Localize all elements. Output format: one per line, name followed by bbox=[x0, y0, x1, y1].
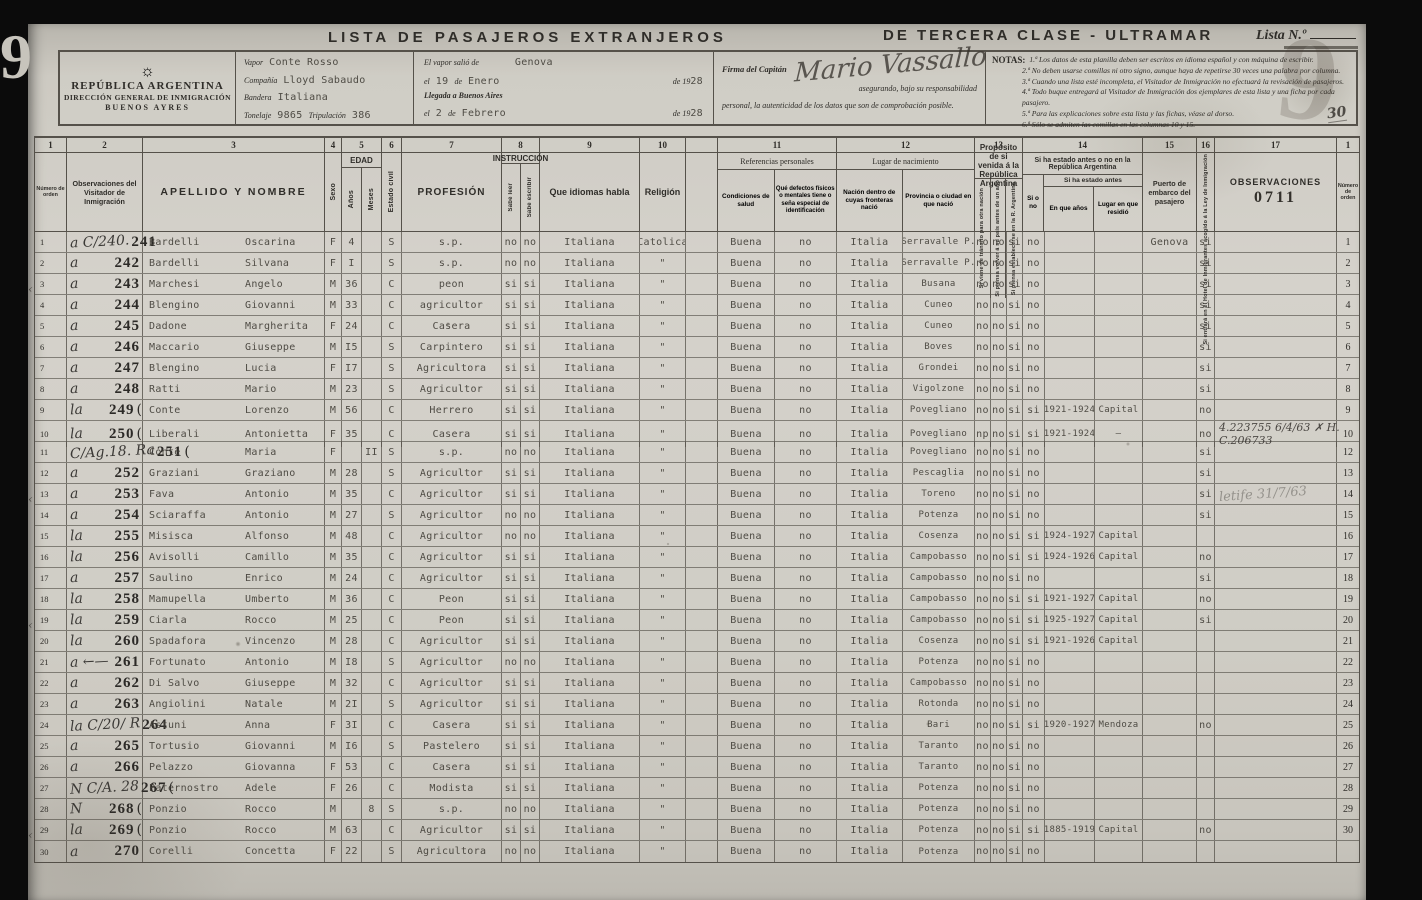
cell-blank bbox=[686, 295, 718, 315]
cell-place-resided bbox=[1095, 505, 1143, 525]
cell-order-number-right: 24 bbox=[1337, 694, 1359, 714]
cell-place-resided bbox=[1095, 694, 1143, 714]
cell-purpose-return: no bbox=[991, 841, 1007, 862]
cell-observations bbox=[1215, 358, 1337, 378]
col-instruction-group: 8 INSTRUCCIÓN Sabe leer Sabe escribir bbox=[502, 138, 540, 231]
cell-purpose-settle: si bbox=[1007, 547, 1023, 567]
firma-line3: personal, la autenticidad de los datos q… bbox=[722, 101, 977, 110]
cell-purpose-transit: no bbox=[975, 295, 991, 315]
cell-sex: F bbox=[325, 358, 342, 378]
vapor-label: Vapor bbox=[244, 58, 263, 67]
cell-age-years: 35 bbox=[342, 484, 362, 504]
cell-visitor-observation: a 248 bbox=[67, 379, 143, 399]
cell-age-months bbox=[362, 610, 382, 630]
cell-name: Avisolli Camillo bbox=[143, 547, 325, 567]
cell-birth-nation: Italia bbox=[837, 799, 903, 819]
cell-civil-status: S bbox=[382, 232, 402, 252]
cell-purpose-settle: si bbox=[1007, 610, 1023, 630]
cell-birth-province: Taranto bbox=[903, 757, 975, 777]
cell-religion: " bbox=[640, 589, 686, 609]
cell-purpose-return: no bbox=[991, 316, 1007, 336]
col-sex: 4 Sexo bbox=[325, 138, 342, 231]
cell-languages: Italiana bbox=[540, 337, 640, 357]
cell-blank bbox=[686, 316, 718, 336]
cell-embark-port bbox=[1143, 379, 1197, 399]
cell-birth-nation: Italia bbox=[837, 295, 903, 315]
stamped-number: 256 bbox=[115, 549, 141, 566]
handwritten-mark: a bbox=[70, 465, 79, 481]
surname: Astuni bbox=[149, 720, 245, 731]
cell-visitor-observation: C/Ag.18. Ra 251 ( bbox=[67, 442, 143, 462]
col-name: 3 APELLIDO Y NOMBRE bbox=[143, 138, 325, 231]
cell-embark-port bbox=[1143, 820, 1197, 840]
cell-visitor-observation: la C/20/ R 264 bbox=[67, 715, 143, 735]
cell-years-resided bbox=[1045, 673, 1095, 693]
cell-health: Buena bbox=[718, 400, 775, 420]
cell-age-months bbox=[362, 694, 382, 714]
handwritten-mark: a bbox=[70, 297, 79, 313]
cell-immigrant-hotel: si bbox=[1197, 337, 1215, 357]
cell-purpose-transit: no bbox=[975, 715, 991, 735]
col-label-write: Sabe escribir bbox=[527, 177, 533, 217]
cell-purpose-settle: si bbox=[1007, 358, 1023, 378]
cell-birth-nation: Italia bbox=[837, 253, 903, 273]
cell-years-resided bbox=[1045, 799, 1095, 819]
table-row: 11 C/Ag.18. Ra 251 ( Conte Maria F II S … bbox=[35, 442, 1359, 463]
cell-purpose-transit: no bbox=[975, 232, 991, 252]
col-number: 9 bbox=[540, 138, 639, 153]
cell-birth-province: Potenza bbox=[903, 841, 975, 862]
cell-can-read: si bbox=[502, 547, 521, 567]
cell-age-months bbox=[362, 463, 382, 483]
cell-sex: M bbox=[325, 274, 342, 294]
handwritten-note: letife 31/7/63 bbox=[1219, 483, 1308, 504]
cell-defects: no bbox=[775, 274, 837, 294]
cell-profession: Carpintero bbox=[402, 337, 502, 357]
cell-years-resided bbox=[1045, 841, 1095, 862]
cell-defects: no bbox=[775, 610, 837, 630]
cell-been-before: si bbox=[1023, 547, 1045, 567]
cell-immigrant-hotel: si bbox=[1197, 610, 1215, 630]
surname: Maccario bbox=[149, 342, 245, 353]
surname: Graziani bbox=[149, 468, 245, 479]
cell-years-resided: 1925-1927 bbox=[1045, 610, 1095, 630]
cell-defects: no bbox=[775, 568, 837, 588]
cell-defects: no bbox=[775, 463, 837, 483]
cell-age-months bbox=[362, 400, 382, 420]
handwritten-mark: la bbox=[70, 633, 84, 650]
handwritten-mark: a bbox=[70, 381, 79, 397]
cell-order-number-right: 20 bbox=[1337, 610, 1359, 630]
cell-row-number: 8 bbox=[35, 379, 67, 399]
cell-observations bbox=[1215, 505, 1337, 525]
cell-can-write: no bbox=[521, 253, 540, 273]
de19-label: de 19 bbox=[673, 77, 691, 86]
cell-religion: " bbox=[640, 610, 686, 630]
cell-immigrant-hotel: si bbox=[1197, 358, 1215, 378]
cell-age-years: 35 bbox=[342, 547, 362, 567]
cell-birth-nation: Italia bbox=[837, 274, 903, 294]
cell-years-resided bbox=[1045, 232, 1095, 252]
cell-embark-port bbox=[1143, 526, 1197, 546]
cell-embark-port bbox=[1143, 778, 1197, 798]
cell-immigrant-hotel: si bbox=[1197, 568, 1215, 588]
departure-month: Enero bbox=[468, 76, 500, 87]
cell-can-read: si bbox=[502, 736, 521, 756]
cell-been-before: si bbox=[1023, 400, 1045, 420]
cell-birth-province: Taranto bbox=[903, 736, 975, 756]
cell-immigrant-hotel: si bbox=[1197, 253, 1215, 273]
given-name: Antonio bbox=[245, 489, 289, 500]
cell-can-write: si bbox=[521, 463, 540, 483]
cell-age-years: 33 bbox=[342, 295, 362, 315]
cell-been-before: no bbox=[1023, 778, 1045, 798]
cell-order-number-right: 25 bbox=[1337, 715, 1359, 735]
cell-been-before: no bbox=[1023, 694, 1045, 714]
cell-defects: no bbox=[775, 694, 837, 714]
cell-embark-port bbox=[1143, 610, 1197, 630]
cell-immigrant-hotel bbox=[1197, 841, 1215, 862]
cell-birth-nation: Italia bbox=[837, 589, 903, 609]
cell-blank bbox=[686, 379, 718, 399]
cell-purpose-settle: si bbox=[1007, 442, 1023, 462]
surname: Blengino bbox=[149, 363, 245, 374]
cell-age-months bbox=[362, 757, 382, 777]
cell-observations: letife 31/7/63 bbox=[1215, 484, 1337, 504]
cell-sex: F bbox=[325, 232, 342, 252]
cell-defects: no bbox=[775, 316, 837, 336]
cell-immigrant-hotel bbox=[1197, 799, 1215, 819]
cell-order-number-right: 30 bbox=[1337, 820, 1359, 840]
cell-years-resided bbox=[1045, 295, 1095, 315]
cell-civil-status: C bbox=[382, 757, 402, 777]
cell-birth-nation: Italia bbox=[837, 610, 903, 630]
cell-place-resided bbox=[1095, 253, 1143, 273]
lista-number-label: Lista N.º bbox=[1256, 28, 1306, 43]
cell-embark-port bbox=[1143, 400, 1197, 420]
cell-years-resided: 1924-1927 bbox=[1045, 526, 1095, 546]
cell-defects: no bbox=[775, 841, 837, 862]
cell-age-months bbox=[362, 778, 382, 798]
notas-label: NOTAS: bbox=[992, 55, 1025, 65]
cell-birth-nation: Italia bbox=[837, 505, 903, 525]
cell-name: Blengino Lucia bbox=[143, 358, 325, 378]
stamped-number: 252 bbox=[115, 465, 141, 482]
cell-religion: " bbox=[640, 715, 686, 735]
cell-embark-port bbox=[1143, 295, 1197, 315]
cell-age-months bbox=[362, 358, 382, 378]
stamped-number: 262 bbox=[115, 675, 141, 692]
cell-years-resided bbox=[1045, 652, 1095, 672]
cell-languages: Italiana bbox=[540, 526, 640, 546]
cell-languages: Italiana bbox=[540, 736, 640, 756]
cell-birth-province: Toreno bbox=[903, 484, 975, 504]
cell-sex: F bbox=[325, 253, 342, 273]
cell-place-resided bbox=[1095, 799, 1143, 819]
cell-visitor-observation: a 266 bbox=[67, 757, 143, 777]
arrival-label: Llegada a Buenos Aires bbox=[424, 91, 503, 100]
cell-purpose-transit: no bbox=[975, 589, 991, 609]
cell-can-write: si bbox=[521, 631, 540, 651]
cell-name: Pelazzo Giovanna bbox=[143, 757, 325, 777]
cell-birth-nation: Italia bbox=[837, 337, 903, 357]
cell-defects: no bbox=[775, 295, 837, 315]
cell-order-number-right: 28 bbox=[1337, 778, 1359, 798]
cell-embark-port bbox=[1143, 715, 1197, 735]
group-label-proposito: Propósito de si venida á la República Ar… bbox=[975, 153, 1022, 179]
cell-order-number-right: 23 bbox=[1337, 673, 1359, 693]
cell-name: Maccario Giuseppe bbox=[143, 337, 325, 357]
cell-been-before: no bbox=[1023, 463, 1045, 483]
cell-languages: Italiana bbox=[540, 505, 640, 525]
cell-religion: " bbox=[640, 442, 686, 462]
departure-port: Genova bbox=[515, 57, 553, 68]
cell-observations bbox=[1215, 589, 1337, 609]
cell-sex: M bbox=[325, 505, 342, 525]
cell-order-number-right: 5 bbox=[1337, 316, 1359, 336]
cell-can-write: no bbox=[521, 799, 540, 819]
stamped-number: 259 bbox=[115, 612, 141, 629]
cell-defects: no bbox=[775, 484, 837, 504]
cell-can-read: si bbox=[502, 820, 521, 840]
cell-purpose-return: no bbox=[991, 547, 1007, 567]
cell-blank bbox=[686, 232, 718, 252]
table-row: 22 a 262 Di Salvo Giuseppe M 32 C Agricu… bbox=[35, 673, 1359, 694]
cell-civil-status: C bbox=[382, 610, 402, 630]
table-row: 20 la 260 Spadafora Vincenzo M 28 C Agri… bbox=[35, 631, 1359, 652]
cell-blank bbox=[686, 631, 718, 651]
cell-birth-province: Campobasso bbox=[903, 610, 975, 630]
cell-languages: Italiana bbox=[540, 400, 640, 420]
cell-place-resided: Mendoza bbox=[1095, 715, 1143, 735]
cell-row-number: 15 bbox=[35, 526, 67, 546]
cell-age-years: 22 bbox=[342, 841, 362, 862]
cell-purpose-transit: no bbox=[975, 379, 991, 399]
cell-place-resided bbox=[1095, 442, 1143, 462]
given-name: Concetta bbox=[245, 846, 296, 857]
cell-purpose-return: no bbox=[991, 505, 1007, 525]
cell-observations bbox=[1215, 274, 1337, 294]
cell-been-before: no bbox=[1023, 484, 1045, 504]
cell-purpose-settle: si bbox=[1007, 316, 1023, 336]
cell-place-resided bbox=[1095, 274, 1143, 294]
cell-languages: Italiana bbox=[540, 841, 640, 862]
cell-years-resided bbox=[1045, 358, 1095, 378]
cell-observations bbox=[1215, 820, 1337, 840]
cell-order-number-right: 29 bbox=[1337, 799, 1359, 819]
cell-visitor-observation: la 249 ( bbox=[67, 400, 143, 420]
cell-age-months bbox=[362, 673, 382, 693]
cell-purpose-return: no bbox=[991, 589, 1007, 609]
cell-defects: no bbox=[775, 232, 837, 252]
cell-been-before: no bbox=[1023, 736, 1045, 756]
cell-purpose-settle: si bbox=[1007, 400, 1023, 420]
arrival-month: Febrero bbox=[462, 108, 506, 119]
cell-health: Buena bbox=[718, 526, 775, 546]
cell-been-before: no bbox=[1023, 505, 1045, 525]
surname: Conte bbox=[149, 405, 245, 416]
handwritten-mark: a bbox=[70, 360, 79, 376]
cell-sex: M bbox=[325, 484, 342, 504]
cell-purpose-transit: no bbox=[975, 274, 991, 294]
cell-birth-nation: Italia bbox=[837, 484, 903, 504]
cell-purpose-settle: si bbox=[1007, 526, 1023, 546]
stamped-number: 248 bbox=[115, 381, 141, 398]
cell-been-before: no bbox=[1023, 379, 1045, 399]
cell-visitor-observation: la 256 bbox=[67, 547, 143, 567]
given-name: Adele bbox=[245, 783, 277, 794]
cell-can-read: no bbox=[502, 652, 521, 672]
cell-languages: Italiana bbox=[540, 295, 640, 315]
cell-civil-status: S bbox=[382, 337, 402, 357]
col-label-defects: Qué defectos físicos o mentales tiene o … bbox=[775, 170, 836, 231]
cell-visitor-observation: a 263 bbox=[67, 694, 143, 714]
table-row: 26 a 266 Pelazzo Giovanna F 53 C Casera … bbox=[35, 757, 1359, 778]
cell-immigrant-hotel: no bbox=[1197, 547, 1215, 567]
cell-profession: Casera bbox=[402, 757, 502, 777]
stamped-number: 270 bbox=[115, 843, 141, 860]
cell-birth-province: Grondei bbox=[903, 358, 975, 378]
cell-purpose-return: no bbox=[991, 232, 1007, 252]
cell-religion: " bbox=[640, 358, 686, 378]
cell-observations bbox=[1215, 799, 1337, 819]
cell-blank bbox=[686, 694, 718, 714]
cell-can-read: si bbox=[502, 673, 521, 693]
col-purpose-group: 13 Propósito de si venida á la República… bbox=[975, 138, 1023, 231]
col-number: 1 bbox=[1337, 138, 1359, 153]
cell-blank bbox=[686, 274, 718, 294]
cell-birth-province: Potenza bbox=[903, 505, 975, 525]
cell-birth-province: Campobasso bbox=[903, 673, 975, 693]
stamped-number: 269 bbox=[109, 822, 135, 839]
cell-embark-port bbox=[1143, 799, 1197, 819]
cell-sex: M bbox=[325, 463, 342, 483]
cell-visitor-observation: a 262 bbox=[67, 673, 143, 693]
cell-age-months bbox=[362, 820, 382, 840]
cell-languages: Italiana bbox=[540, 820, 640, 840]
cell-health: Buena bbox=[718, 694, 775, 714]
cell-sex: M bbox=[325, 589, 342, 609]
cell-sex: F bbox=[325, 715, 342, 735]
cell-profession: Modista bbox=[402, 778, 502, 798]
issuer-box: ☼ REPÚBLICA ARGENTINA DIRECCIÓN GENERAL … bbox=[60, 52, 236, 124]
cell-sex: M bbox=[325, 379, 342, 399]
cell-row-number: 6 bbox=[35, 337, 67, 357]
cell-defects: no bbox=[775, 400, 837, 420]
cell-sex: M bbox=[325, 673, 342, 693]
cell-name: Saulino Enrico bbox=[143, 568, 325, 588]
col-number: 7 bbox=[402, 138, 501, 153]
cell-profession: Agricultor bbox=[402, 694, 502, 714]
cell-visitor-observation: a 265 bbox=[67, 736, 143, 756]
cell-years-resided bbox=[1045, 568, 1095, 588]
table-row: 8 a 248 Ratti Mario M 23 S Agricultor si… bbox=[35, 379, 1359, 400]
cell-religion: " bbox=[640, 547, 686, 567]
cell-health: Buena bbox=[718, 778, 775, 798]
cell-immigrant-hotel: si bbox=[1197, 505, 1215, 525]
cell-birth-province: Cuneo bbox=[903, 295, 975, 315]
col-label: Religión bbox=[640, 153, 685, 231]
cell-health: Buena bbox=[718, 757, 775, 777]
cell-defects: no bbox=[775, 505, 837, 525]
cell-embark-port bbox=[1143, 673, 1197, 693]
cell-can-read: no bbox=[502, 526, 521, 546]
cell-religion: Catolica bbox=[640, 232, 686, 252]
vapor-value: Conte Rosso bbox=[269, 57, 339, 68]
cell-civil-status: S bbox=[382, 694, 402, 714]
cell-birth-nation: Italia bbox=[837, 694, 903, 714]
cell-embark-port bbox=[1143, 547, 1197, 567]
cell-order-number-right: 6 bbox=[1337, 337, 1359, 357]
cell-purpose-return: no bbox=[991, 673, 1007, 693]
cell-been-before: no bbox=[1023, 799, 1045, 819]
stamped-number: 242 bbox=[115, 255, 141, 272]
cell-place-resided bbox=[1095, 652, 1143, 672]
cell-sex: M bbox=[325, 631, 342, 651]
cell-can-write: si bbox=[521, 295, 540, 315]
cell-civil-status: C bbox=[382, 274, 402, 294]
captain-signature: Mario Vassallo bbox=[794, 41, 988, 88]
cell-can-read: si bbox=[502, 694, 521, 714]
cell-religion: " bbox=[640, 799, 686, 819]
cell-can-write: no bbox=[521, 841, 540, 862]
cell-civil-status: C bbox=[382, 295, 402, 315]
cell-visitor-observation: N C/A. 28 267 ( bbox=[67, 778, 143, 798]
given-name: Umberto bbox=[245, 594, 289, 605]
cell-visitor-observation: N 268 ( bbox=[67, 799, 143, 819]
cell-been-before: no bbox=[1023, 232, 1045, 252]
margin-mark: ‹ bbox=[28, 492, 33, 506]
given-name: Vincenzo bbox=[245, 636, 296, 647]
table-row: 29 la 269 ( Ponzio Rocco M 63 C Agricult… bbox=[35, 820, 1359, 841]
cell-profession: s.p. bbox=[402, 442, 502, 462]
cell-visitor-observation: a 243 bbox=[67, 274, 143, 294]
cell-row-number: 26 bbox=[35, 757, 67, 777]
col-label-read: Sabe leer bbox=[508, 183, 514, 211]
lista-number-field: Lista N.º bbox=[1256, 26, 1358, 49]
cell-age-years: 23 bbox=[342, 379, 362, 399]
cell-age-months bbox=[362, 295, 382, 315]
table-row: 17 a 257 Saulino Enrico M 24 C Agriculto… bbox=[35, 568, 1359, 589]
cell-can-write: no bbox=[521, 526, 540, 546]
cell-can-read: si bbox=[502, 274, 521, 294]
col-number: 6 bbox=[382, 138, 401, 153]
cell-civil-status: C bbox=[382, 316, 402, 336]
cell-birth-province: Potenza bbox=[903, 652, 975, 672]
cell-age-months bbox=[362, 631, 382, 651]
cell-blank bbox=[686, 652, 718, 672]
surname: Ratti bbox=[149, 384, 245, 395]
stamped-number: 246 bbox=[115, 339, 141, 356]
cell-health: Buena bbox=[718, 715, 775, 735]
cell-purpose-transit: no bbox=[975, 442, 991, 462]
handwritten-mark: a bbox=[70, 759, 79, 775]
cell-languages: Italiana bbox=[540, 442, 640, 462]
handwritten-mark: N bbox=[70, 801, 83, 818]
cell-row-number: 18 bbox=[35, 589, 67, 609]
handwritten-mark: a bbox=[70, 318, 79, 334]
table-row: 12 a 252 Graziani Graziano M 28 S Agricu… bbox=[35, 463, 1359, 484]
cell-can-write: si bbox=[521, 358, 540, 378]
cell-civil-status: S bbox=[382, 358, 402, 378]
captain-signature-box: Firma del Capitán Mario Vassallo asegura… bbox=[714, 52, 986, 124]
cell-birth-province: Serravalle P. bbox=[903, 253, 975, 273]
cell-religion: " bbox=[640, 505, 686, 525]
stamped-number: 244 bbox=[115, 297, 141, 314]
stamped-number: 254 bbox=[115, 507, 141, 524]
cell-defects: no bbox=[775, 757, 837, 777]
cell-profession: Agricultor bbox=[402, 505, 502, 525]
